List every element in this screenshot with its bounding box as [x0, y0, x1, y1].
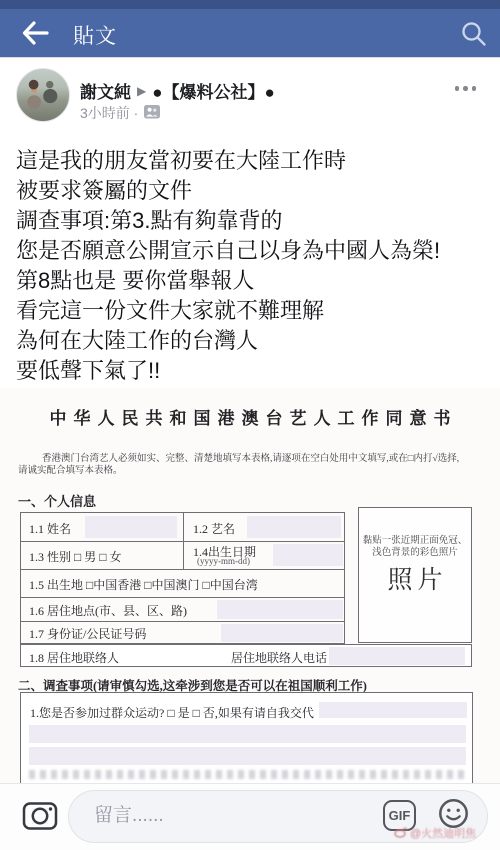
section1-heading: 一、个人信息	[18, 491, 96, 510]
input-fill	[319, 702, 467, 718]
photo-note-line2: 浅色背景的彩色照片	[359, 544, 471, 558]
status-bar	[0, 0, 500, 9]
input-fill	[273, 544, 343, 566]
post-text: 這是我的朋友當初要在大陸工作時 被要求簽屬的文件 調查事項:第3.點有夠靠背的 …	[16, 146, 490, 386]
field-stage-name: 1.2 艺名	[193, 520, 235, 537]
grid-line	[21, 621, 344, 622]
search-icon	[460, 35, 488, 52]
back-button[interactable]	[20, 19, 50, 47]
camera-button[interactable]	[22, 799, 58, 831]
group-privacy-icon	[144, 105, 160, 122]
survey-question-1: 1.您是否参加过群众运动? □ 是 □ 否,如果有请自我交代	[30, 704, 314, 721]
camera-icon	[22, 818, 58, 835]
field-name: 1.1 姓名	[29, 520, 71, 537]
grid-line	[183, 513, 184, 569]
timestamp: 3小時前 ·	[80, 103, 138, 123]
photo-cell: 黏贴一张近期正面免冠、 浅色背景的彩色照片 照片	[358, 507, 472, 643]
weibo-watermark: @火然迪明焦	[394, 825, 476, 841]
search-button[interactable]	[460, 20, 488, 48]
table-left-block: 1.1 姓名 1.2 艺名 1.3 性别 □ 男 □ 女 1.4出生日期 (yy…	[20, 512, 345, 644]
field-contact: 1.8 居住地联络人	[29, 649, 119, 666]
input-fill	[29, 725, 466, 743]
grid-line	[21, 569, 344, 570]
divider	[0, 57, 500, 58]
input-fill	[85, 516, 177, 538]
post-attachment-image[interactable]: 中华人民共和国港澳台艺人工作同意书 香港澳门台湾艺人必须如实、完整、清楚地填写本…	[0, 388, 500, 783]
input-fill	[217, 600, 343, 619]
post-header-title: 謝文純 ▶ ●【爆料公社】●	[80, 78, 275, 103]
more-options-button[interactable]	[455, 86, 477, 91]
document-title: 中华人民共和国港澳台艺人工作同意书	[0, 404, 500, 429]
group-name[interactable]: ●【爆料公社】●	[152, 78, 275, 103]
field-gender: 1.3 性别 □ 男 □ 女	[29, 548, 122, 565]
post-meta: 3小時前 ·	[80, 103, 160, 123]
field-residence: 1.6 居住地点(市、县、区、路)	[29, 602, 187, 619]
avatar[interactable]	[16, 68, 70, 122]
back-arrow-icon	[20, 34, 50, 51]
grid-line	[21, 597, 344, 598]
blurred-text-row	[29, 770, 466, 779]
field-contact-phone: 居住地联络人电话	[231, 649, 327, 666]
survey-box: 1.您是否参加过群众运动? □ 是 □ 否,如果有请自我交代	[20, 692, 473, 783]
comment-input[interactable]	[94, 802, 364, 830]
document-intro: 香港澳门台湾艺人必须如实、完整、清楚地填写本表格,请逐项在空白处用中文填写,或在…	[18, 454, 484, 477]
weibo-logo-icon	[394, 826, 408, 841]
page-title: 貼文	[73, 20, 117, 50]
input-fill	[221, 624, 343, 642]
facebook-post-screen: 貼文 謝文純 ▶ ●【爆料公社】● 3小時前 · 這是我的朋友當初要在大陸工作時…	[0, 0, 500, 850]
document-intro-line1: 香港澳门台湾艺人必须如实、完整、清楚地填写本表格,请逐项在空白处用中文填写,或在…	[18, 454, 484, 466]
gif-icon: GIF	[389, 808, 411, 823]
photo-label: 照片	[359, 560, 471, 596]
input-fill	[29, 747, 466, 765]
personal-info-table: 1.1 姓名 1.2 艺名 1.3 性别 □ 男 □ 女 1.4出生日期 (yy…	[20, 512, 473, 668]
table-bottom-row: 1.8 居住地联络人 居住地联络人电话	[20, 644, 472, 667]
field-birthplace: 1.5 出生地 □中国香港 □中国澳门 □中国台湾	[29, 576, 258, 593]
input-fill	[247, 516, 341, 538]
comment-bar: GIF @火然迪明焦	[0, 783, 500, 850]
author-name[interactable]: 謝文純	[80, 78, 131, 103]
field-id-number: 1.7 身份证/公民证号码	[29, 625, 146, 642]
input-fill	[329, 647, 465, 665]
document-intro-line2: 请诚实配合填写本表格。	[18, 466, 484, 478]
watermark-text: @火然迪明焦	[410, 825, 476, 841]
field-birthdate-format: (yyyy-mm-dd)	[197, 556, 250, 566]
shared-to-arrow-icon: ▶	[137, 84, 146, 98]
